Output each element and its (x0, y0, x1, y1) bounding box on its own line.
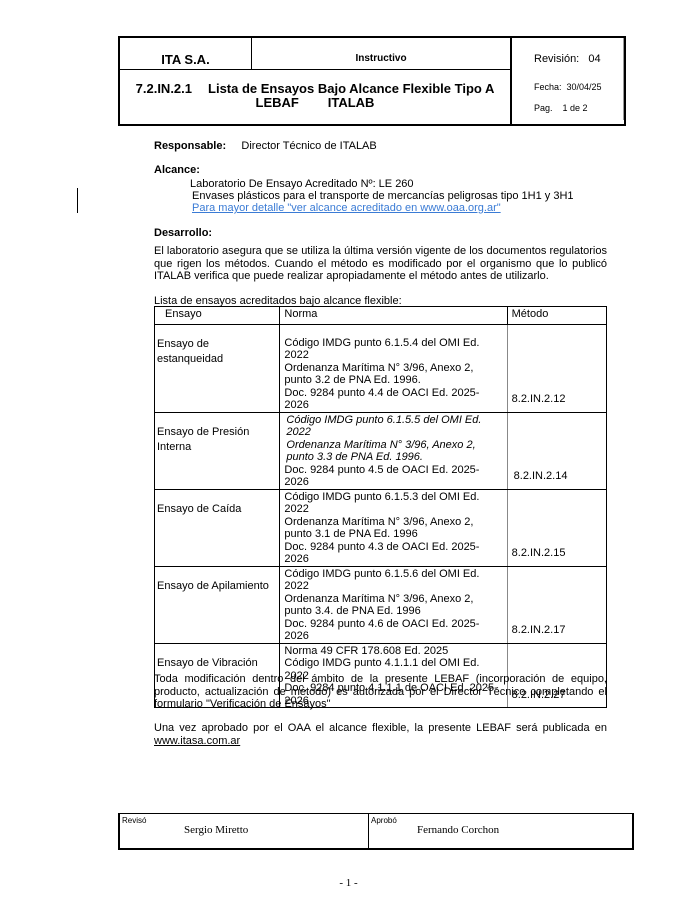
closing-paragraph-2: Una vez aprobado por el OAA el alcance f… (154, 722, 607, 735)
date-value: 30/04/25 (567, 82, 602, 92)
approved-cell: Aprobó Fernando Corchon (369, 814, 632, 848)
approved-label: Aprobó (371, 816, 397, 825)
oaa-link[interactable]: Para mayor detalle "ver alcance acredita… (192, 202, 501, 215)
responsable-value: Director Técnico de ITALAB (241, 140, 376, 152)
ensayo-cell: Ensayo de Caída (155, 489, 280, 566)
header-edge-line (623, 38, 624, 120)
norma-line: Código IMDG punto 6.1.5.4 del OMI Ed. 20… (284, 337, 502, 362)
page-info: Pag. 1 de 2 (534, 103, 588, 113)
metodo-cell: 8.2.IN.2.14 (507, 412, 606, 489)
table-row: Ensayo de ApilamientoCódigo IMDG punto 6… (155, 566, 607, 643)
norma-cell: Código IMDG punto 6.1.5.5 del OMI Ed. 20… (280, 412, 507, 489)
alcance-line-1: Laboratorio De Ensayo Acreditado Nº: LE … (190, 178, 414, 191)
norma-line: Norma 49 CFR 178.608 Ed. 2025 (284, 645, 502, 658)
table-row: Ensayo de estanqueidadCódigo IMDG punto … (155, 324, 607, 412)
page-value: 1 de 2 (563, 103, 588, 113)
header-left: ITA S.A. Instructivo 7.2.IN.2.1Lista de … (120, 38, 512, 124)
norma-line: Código IMDG punto 6.1.5.5 del OMI Ed. 20… (284, 414, 502, 439)
ensayo-cell: Ensayo de Apilamiento (155, 566, 280, 643)
norma-line: Doc. 9284 punto 4.6 de OACI Ed. 2025-202… (284, 618, 502, 643)
revision: Revisión: 04 (534, 53, 601, 65)
header-norma: Norma (280, 307, 507, 325)
desarrollo-paragraph: El laboratorio asegura que se utiliza la… (154, 245, 607, 283)
metodo-cell: 8.2.IN.2.12 (507, 324, 606, 412)
document-header: ITA S.A. Instructivo 7.2.IN.2.1Lista de … (118, 36, 626, 126)
norma-line: Ordenanza Marítima N° 3/96, Anexo 2, pun… (284, 593, 502, 618)
norma-line: Código IMDG punto 6.1.5.6 del OMI Ed. 20… (284, 568, 502, 593)
reviewed-by: Sergio Miretto (184, 824, 248, 836)
date-label: Fecha: (534, 82, 562, 92)
norma-line: Ordenanza Marítima N° 3/96, Anexo 2, pun… (284, 362, 502, 387)
document-code: 7.2.IN.2.1 (136, 81, 192, 96)
reviewed-cell: Revisó Sergio Miretto (120, 814, 369, 848)
norma-line: Doc. 9284 punto 4.5 de OACI Ed. 2025-202… (284, 464, 502, 489)
responsable-section: Responsable: Director Técnico de ITALAB (154, 140, 377, 153)
title-line-2: LEBAF ITALAB (120, 96, 510, 110)
norma-line: Doc. 9284 punto 4.3 de OACI Ed. 2025-202… (284, 541, 502, 566)
revision-label: Revisión: (534, 53, 579, 65)
text-cursor (77, 188, 78, 213)
header-right: Revisión: 04 Fecha: 30/04/25 Pag. 1 de 2 (512, 38, 624, 124)
header-ensayo: Ensayo (155, 307, 280, 325)
approved-by: Fernando Corchon (417, 824, 499, 836)
desarrollo-label: Desarrollo: (154, 227, 212, 240)
norma-cell: Código IMDG punto 6.1.5.6 del OMI Ed. 20… (280, 566, 507, 643)
document-title: 7.2.IN.2.1Lista de Ensayos Bajo Alcance … (120, 82, 510, 110)
itasa-link[interactable]: www.itasa.com.ar (154, 735, 240, 748)
alcance-line-2: Envases plásticos para el transporte de … (192, 190, 574, 203)
norma-line: Ordenanza Marítima N° 3/96, Anexo 2, pun… (284, 439, 502, 464)
tests-table: Ensayo Norma Método Ensayo de estanqueid… (154, 306, 607, 708)
norma-cell: Código IMDG punto 6.1.5.4 del OMI Ed. 20… (280, 324, 507, 412)
document-type: Instructivo (252, 38, 510, 84)
header-top-row: ITA S.A. Instructivo (120, 38, 510, 70)
responsable-label: Responsable: (154, 140, 226, 152)
metodo-cell: 8.2.IN.2.17 (507, 566, 606, 643)
ensayo-cell: Ensayo de Presión Interna (155, 412, 280, 489)
company-name: ITA S.A. (120, 38, 252, 69)
reviewed-label: Revisó (122, 816, 146, 825)
table-header-row: Ensayo Norma Método (155, 307, 607, 325)
revision-value: 04 (588, 53, 600, 65)
norma-cell: Código IMDG punto 6.1.5.3 del OMI Ed. 20… (280, 489, 507, 566)
page-label: Pag. (534, 103, 553, 113)
page-number: - 1 - (0, 877, 697, 889)
norma-line: Ordenanza Marítima N° 3/96, Anexo 2, pun… (284, 516, 502, 541)
title-line-1: Lista de Ensayos Bajo Alcance Flexible T… (208, 81, 494, 96)
header-metodo: Método (507, 307, 606, 325)
norma-line: Código IMDG punto 6.1.5.3 del OMI Ed. 20… (284, 491, 502, 516)
signature-box: Revisó Sergio Miretto Aprobó Fernando Co… (118, 813, 634, 850)
norma-line: Doc. 9284 punto 4.4 de OACI Ed. 2025-202… (284, 387, 502, 412)
table-row: Ensayo de CaídaCódigo IMDG punto 6.1.5.3… (155, 489, 607, 566)
table-row: Ensayo de Presión InternaCódigo IMDG pun… (155, 412, 607, 489)
date: Fecha: 30/04/25 (534, 82, 602, 92)
closing-paragraph-1: Toda modificación dentro del ámbito de l… (154, 673, 607, 711)
metodo-cell: 8.2.IN.2.15 (507, 489, 606, 566)
ensayo-cell: Ensayo de estanqueidad (155, 324, 280, 412)
alcance-label: Alcance: (154, 164, 200, 177)
